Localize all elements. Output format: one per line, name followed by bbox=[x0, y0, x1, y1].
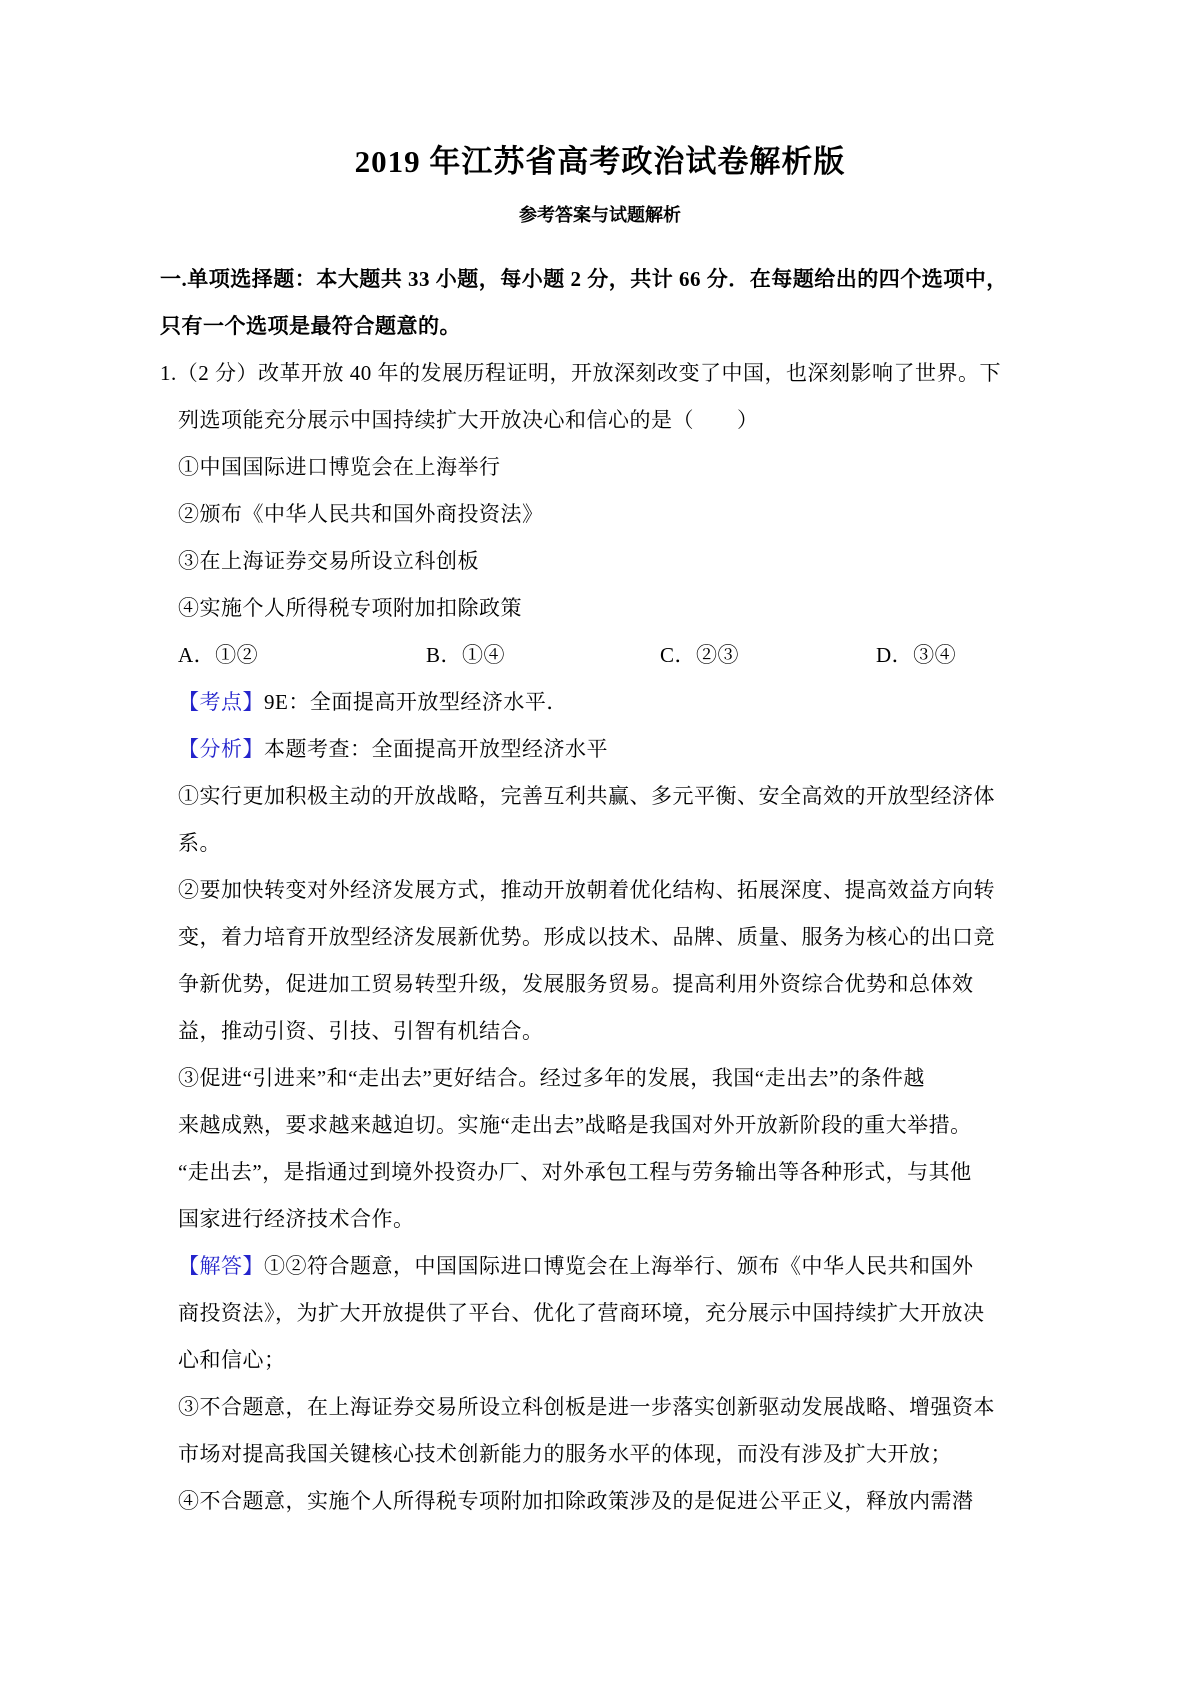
analysis-line: “走出去”，是指通过到境外投资办厂、对外承包工程与劳务输出等各种形式，与其他 bbox=[178, 1149, 970, 1196]
answer-choices-row: A．①②B．①④C．②③D．③④ bbox=[178, 632, 970, 679]
kaodian-line: 【考点】9E：全面提高开放型经济水平． bbox=[178, 679, 970, 726]
section-heading-line: 一.单项选择题：本大题共 33 小题，每小题 2 分，共计 66 分．在每题给出… bbox=[160, 256, 970, 303]
jieda-line-text: ①②符合题意，中国国际进口博览会在上海举行、颁布《中华人民共和国外 bbox=[264, 1254, 974, 1278]
fenxi-tag: 【分析】 bbox=[178, 737, 264, 761]
question-item-1: ①中国国际进口博览会在上海举行 bbox=[178, 444, 970, 491]
jieda-line: ④不合题意，实施个人所得税专项附加扣除政策涉及的是促进公平正义，释放内需潜 bbox=[178, 1478, 970, 1525]
question-stem-line: 列选项能充分展示中国持续扩大开放决心和信心的是（ ） bbox=[178, 397, 970, 444]
analysis-line: ②要加快转变对外经济发展方式，推动开放朝着优化结构、拓展深度、提高效益方向转 bbox=[178, 867, 970, 914]
question-item-3: ③在上海证券交易所设立科创板 bbox=[178, 538, 970, 585]
document-body: 一.单项选择题：本大题共 33 小题，每小题 2 分，共计 66 分．在每题给出… bbox=[178, 256, 970, 1525]
kaodian-tag: 【考点】 bbox=[178, 690, 264, 714]
question-stem-line: 1.（2 分）改革开放 40 年的发展历程证明，开放深刻改变了中国，也深刻影响了… bbox=[160, 350, 970, 397]
choice-option-a: A．①② bbox=[178, 632, 258, 679]
exam-document-page: 2019 年江苏省高考政治试卷解析版 参考答案与试题解析 一.单项选择题：本大题… bbox=[0, 0, 1200, 1698]
analysis-line: ③促进“引进来”和“走出去”更好结合。经过多年的发展，我国“走出去”的条件越 bbox=[178, 1055, 970, 1102]
fenxi-line-text: 本题考查：全面提高开放型经济水平 bbox=[264, 737, 608, 761]
analysis-line: ①实行更加积极主动的开放战略，完善互利共赢、多元平衡、安全高效的开放型经济体 bbox=[178, 773, 970, 820]
jieda-tag: 【解答】 bbox=[178, 1254, 264, 1278]
kaodian-line-text: 9E：全面提高开放型经济水平． bbox=[264, 690, 568, 714]
analysis-line: 变，着力培育开放型经济发展新优势。形成以技术、品牌、质量、服务为核心的出口竞 bbox=[178, 914, 970, 961]
page-title: 2019 年江苏省高考政治试卷解析版 bbox=[0, 140, 1200, 184]
section-heading-line: 只有一个选项是最符合题意的。 bbox=[160, 303, 970, 350]
analysis-line: 来越成熟，要求越来越迫切。实施“走出去”战略是我国对外开放新阶段的重大举措。 bbox=[178, 1102, 970, 1149]
jieda-line: ③不合题意，在上海证券交易所设立科创板是进一步落实创新驱动发展战略、增强资本 bbox=[178, 1384, 970, 1431]
jieda-line: 市场对提高我国关键核心技术创新能力的服务水平的体现，而没有涉及扩大开放； bbox=[178, 1431, 970, 1478]
fenxi-line: 【分析】本题考查：全面提高开放型经济水平 bbox=[178, 726, 970, 773]
jieda-line: 商投资法》，为扩大开放提供了平台、优化了营商环境，充分展示中国持续扩大开放决 bbox=[178, 1290, 970, 1337]
choice-option-d: D．③④ bbox=[876, 632, 956, 679]
analysis-line: 争新优势，促进加工贸易转型升级，发展服务贸易。提高利用外资综合优势和总体效 bbox=[178, 961, 970, 1008]
choice-option-b: B．①④ bbox=[426, 632, 505, 679]
analysis-line: 系。 bbox=[178, 820, 970, 867]
analysis-line: 益，推动引资、引技、引智有机结合。 bbox=[178, 1008, 970, 1055]
question-item-2: ②颁布《中华人民共和国外商投资法》 bbox=[178, 491, 970, 538]
analysis-line: 国家进行经济技术合作。 bbox=[178, 1196, 970, 1243]
choice-option-c: C．②③ bbox=[660, 632, 739, 679]
jieda-line: 【解答】①②符合题意，中国国际进口博览会在上海举行、颁布《中华人民共和国外 bbox=[178, 1243, 970, 1290]
page-subtitle: 参考答案与试题解析 bbox=[0, 200, 1200, 230]
question-item-4: ④实施个人所得税专项附加扣除政策 bbox=[178, 585, 970, 632]
jieda-line: 心和信心； bbox=[178, 1337, 970, 1384]
